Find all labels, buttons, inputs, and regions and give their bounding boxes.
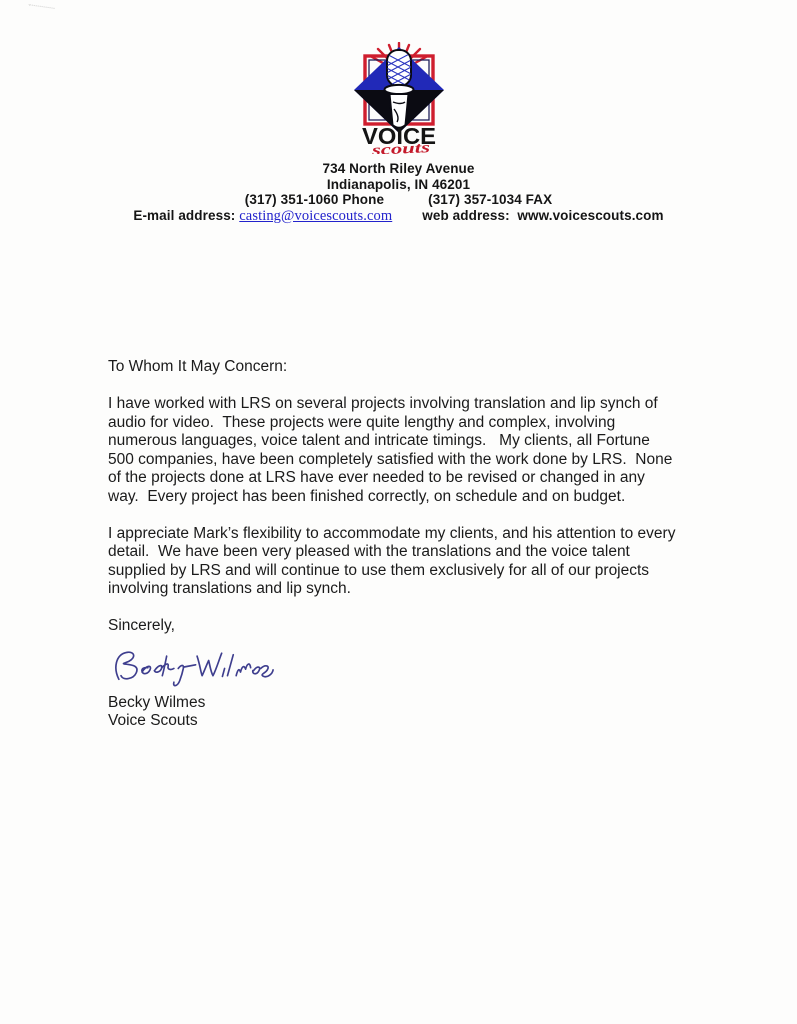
phone-number: (317) 351-1060 Phone	[245, 192, 384, 208]
address-block: 734 North Riley Avenue Indianapolis, IN …	[0, 161, 797, 224]
salutation: To Whom It May Concern:	[108, 358, 717, 377]
email-link[interactable]: casting@voicescouts.com	[239, 208, 392, 224]
email-web-line: E-mail address: casting@voicescouts.com …	[0, 208, 797, 225]
web-address: www.voicescouts.com	[517, 208, 663, 223]
letterhead: VOICE scouts 734 North Riley Avenue Indi…	[0, 0, 797, 224]
web-group: web address: www.voicescouts.com	[422, 208, 663, 225]
handwritten-signature-icon: Becky Wilmes	[108, 646, 276, 688]
address-line-2: Indianapolis, IN 46201	[0, 177, 797, 193]
signer-org: Voice Scouts	[108, 712, 717, 731]
phone-fax-line: (317) 351-1060 Phone (317) 357-1034 FAX	[0, 192, 797, 208]
web-label: web address:	[422, 208, 509, 223]
signature: Becky Wilmes	[108, 646, 717, 690]
email-label: E-mail address:	[133, 208, 235, 223]
paragraph-2: I appreciate Mark’s flexibility to accom…	[108, 525, 717, 599]
paragraph-1: I have worked with LRS on several projec…	[108, 395, 717, 506]
letter-body: To Whom It May Concern: I have worked wi…	[0, 358, 797, 731]
logo-subtitle: scouts	[370, 140, 431, 154]
address-line-1: 734 North Riley Avenue	[0, 161, 797, 177]
email-group: E-mail address: casting@voicescouts.com	[133, 208, 392, 225]
letter-page: VOICE scouts 734 North Riley Avenue Indi…	[0, 0, 797, 1024]
closing: Sincerely,	[108, 617, 717, 636]
voice-scouts-logo: VOICE scouts	[349, 42, 449, 154]
fax-number: (317) 357-1034 FAX	[428, 192, 552, 208]
signer-name: Becky Wilmes	[108, 694, 717, 713]
